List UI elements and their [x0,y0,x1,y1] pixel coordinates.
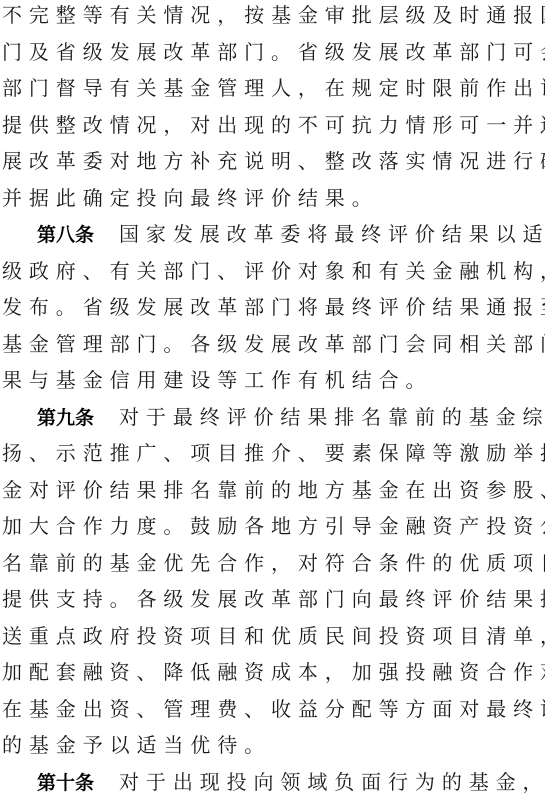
text-line: 果与基金信用建设等工作有机结合。 [2,365,432,395]
article-8-first-line: 第八条国家发展改革委将最终评价结果以适当方式通报省 [2,219,545,249]
text-line: 提供支持。各级发展改革部门向最终评价结果排名靠前的基金推 [2,584,545,614]
article-text: 国家发展改革委将最终评价结果以适当方式通报省 [119,222,545,246]
text-line: 门及省级发展改革部门。省级发展改革部门可会同具体基金管理 [2,37,545,67]
article-heading: 第九条 [37,407,94,429]
article-10-first-line: 第十条对于出现投向领域负面行为的基金，不予出具投向 [2,767,545,797]
text-line: 发布。省级发展改革部门将最终评价结果通报至下级政府和具体 [2,292,545,322]
text-line: 的基金予以适当优待。 [2,730,271,760]
text-line: 加大合作力度。鼓励各地方引导金融资产投资公司与评价结果排 [2,511,545,541]
article-text: 对于最终评价结果排名靠前的基金综合采取通报表 [119,405,545,429]
article-heading: 第八条 [37,224,94,246]
text-line: 送重点政府投资项目和优质民间投资项目清单，引导金融机构增 [2,621,545,651]
text-line: 不完整等有关情况，按基金审批层级及时通报国家级基金主管部 [2,0,545,30]
text-line: 部门督导有关基金管理人，在规定时限前作出说明、补充信息、 [2,73,545,103]
text-line: 级政府、有关部门、评价对象和有关金融机构，并通过登记系统 [2,256,545,286]
article-text: 对于出现投向领域负面行为的基金，不予出具投向 [119,770,545,794]
text-line: 提供整改情况，对出现的不可抗力情形可一并进行说明。国家发 [2,110,545,140]
article-heading: 第十条 [37,772,94,794]
text-line: 加配套融资、降低融资成本，加强投融资合作对接。有关部门可 [2,657,545,687]
text-line: 并据此确定投向最终评价结果。 [2,183,379,213]
text-line: 金对评价结果排名靠前的地方基金在出资参股、项目投资等方面 [2,475,545,505]
text-line: 展改革委对地方补充说明、整改落实情况进行确认和现场抽查， [2,146,545,176]
text-line: 扬、示范推广、项目推介、要素保障等激励举措。鼓励国家级基 [2,438,545,468]
article-9-first-line: 第九条对于最终评价结果排名靠前的基金综合采取通报表 [2,402,545,432]
text-line: 在基金出资、管理费、收益分配等方面对最终评价结果排名靠前 [2,694,545,724]
text-line: 基金管理部门。各级发展改革部门会同相关部门，将最终评价结 [2,329,545,359]
text-line: 名靠前的基金优先合作，对符合条件的优质项目在并购重组方面 [2,548,545,578]
